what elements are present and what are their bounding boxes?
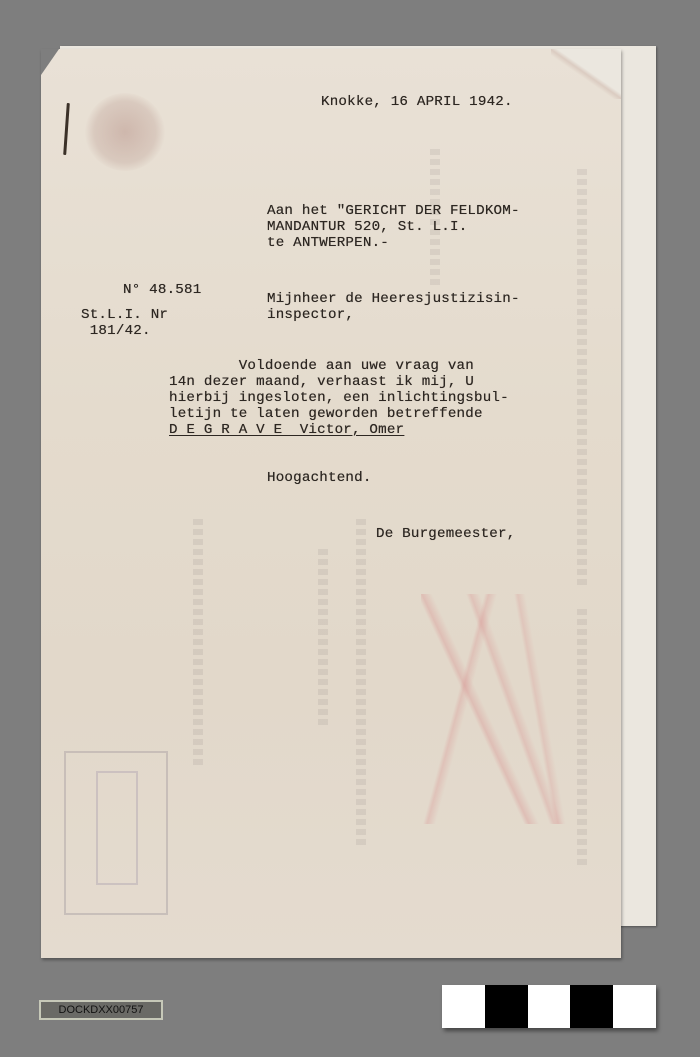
reference-number: N° 48.581 (123, 282, 201, 299)
color-scale-bar (442, 985, 656, 1028)
bleed-through-text (356, 519, 366, 849)
body-line-1: Voldoende aan uwe vraag van (169, 358, 474, 375)
red-pencil-annotation (421, 594, 571, 824)
folded-corner-top-right (551, 49, 621, 99)
subject-name: D E G R A V E Victor, Omer (169, 422, 404, 439)
signature-title: De Burgemeester, (376, 526, 515, 543)
stain-mark (85, 93, 165, 171)
letter-page: Knokke, 16 APRIL 1942. Aan het "GERICHT … (41, 49, 621, 958)
scale-swatch (442, 985, 485, 1028)
bleed-through-text (577, 169, 587, 589)
document-id-label: DOCKDXX00757 (39, 1000, 163, 1020)
scale-swatch (485, 985, 528, 1028)
recipient-line-3: te ANTWERPEN.- (267, 235, 389, 252)
salutation-line-1: Mijnheer de Heeresjustizisin- (267, 291, 520, 308)
closing: Hoogachtend. (267, 470, 372, 487)
salutation-line-2: inspector, (267, 307, 354, 324)
scale-swatch (570, 985, 613, 1028)
bleed-through-text (577, 609, 587, 869)
faded-stamp-inner (96, 771, 138, 885)
body-line-4: letijn te laten geworden betreffende (169, 406, 483, 423)
body-line-2: 14n dezer maand, verhaast ik mij, U (169, 374, 474, 391)
staple-mark (63, 103, 70, 155)
faded-stamp (64, 751, 168, 915)
bleed-through-text (318, 549, 328, 729)
body-line-3: hierbij ingesloten, een inlichtingsbul- (169, 390, 509, 407)
place-date: Knokke, 16 APRIL 1942. (321, 94, 513, 111)
corner-fold (41, 49, 59, 75)
recipient-line-1: Aan het "GERICHT DER FELDKOM- (267, 203, 520, 220)
bleed-through-text (193, 519, 203, 769)
scale-swatch (528, 985, 571, 1028)
reference-line-1: St.L.I. Nr (81, 307, 168, 324)
recipient-line-2: MANDANTUR 520, St. L.I. (267, 219, 467, 236)
reference-line-2: 181/42. (81, 323, 151, 340)
scale-swatch (613, 985, 656, 1028)
